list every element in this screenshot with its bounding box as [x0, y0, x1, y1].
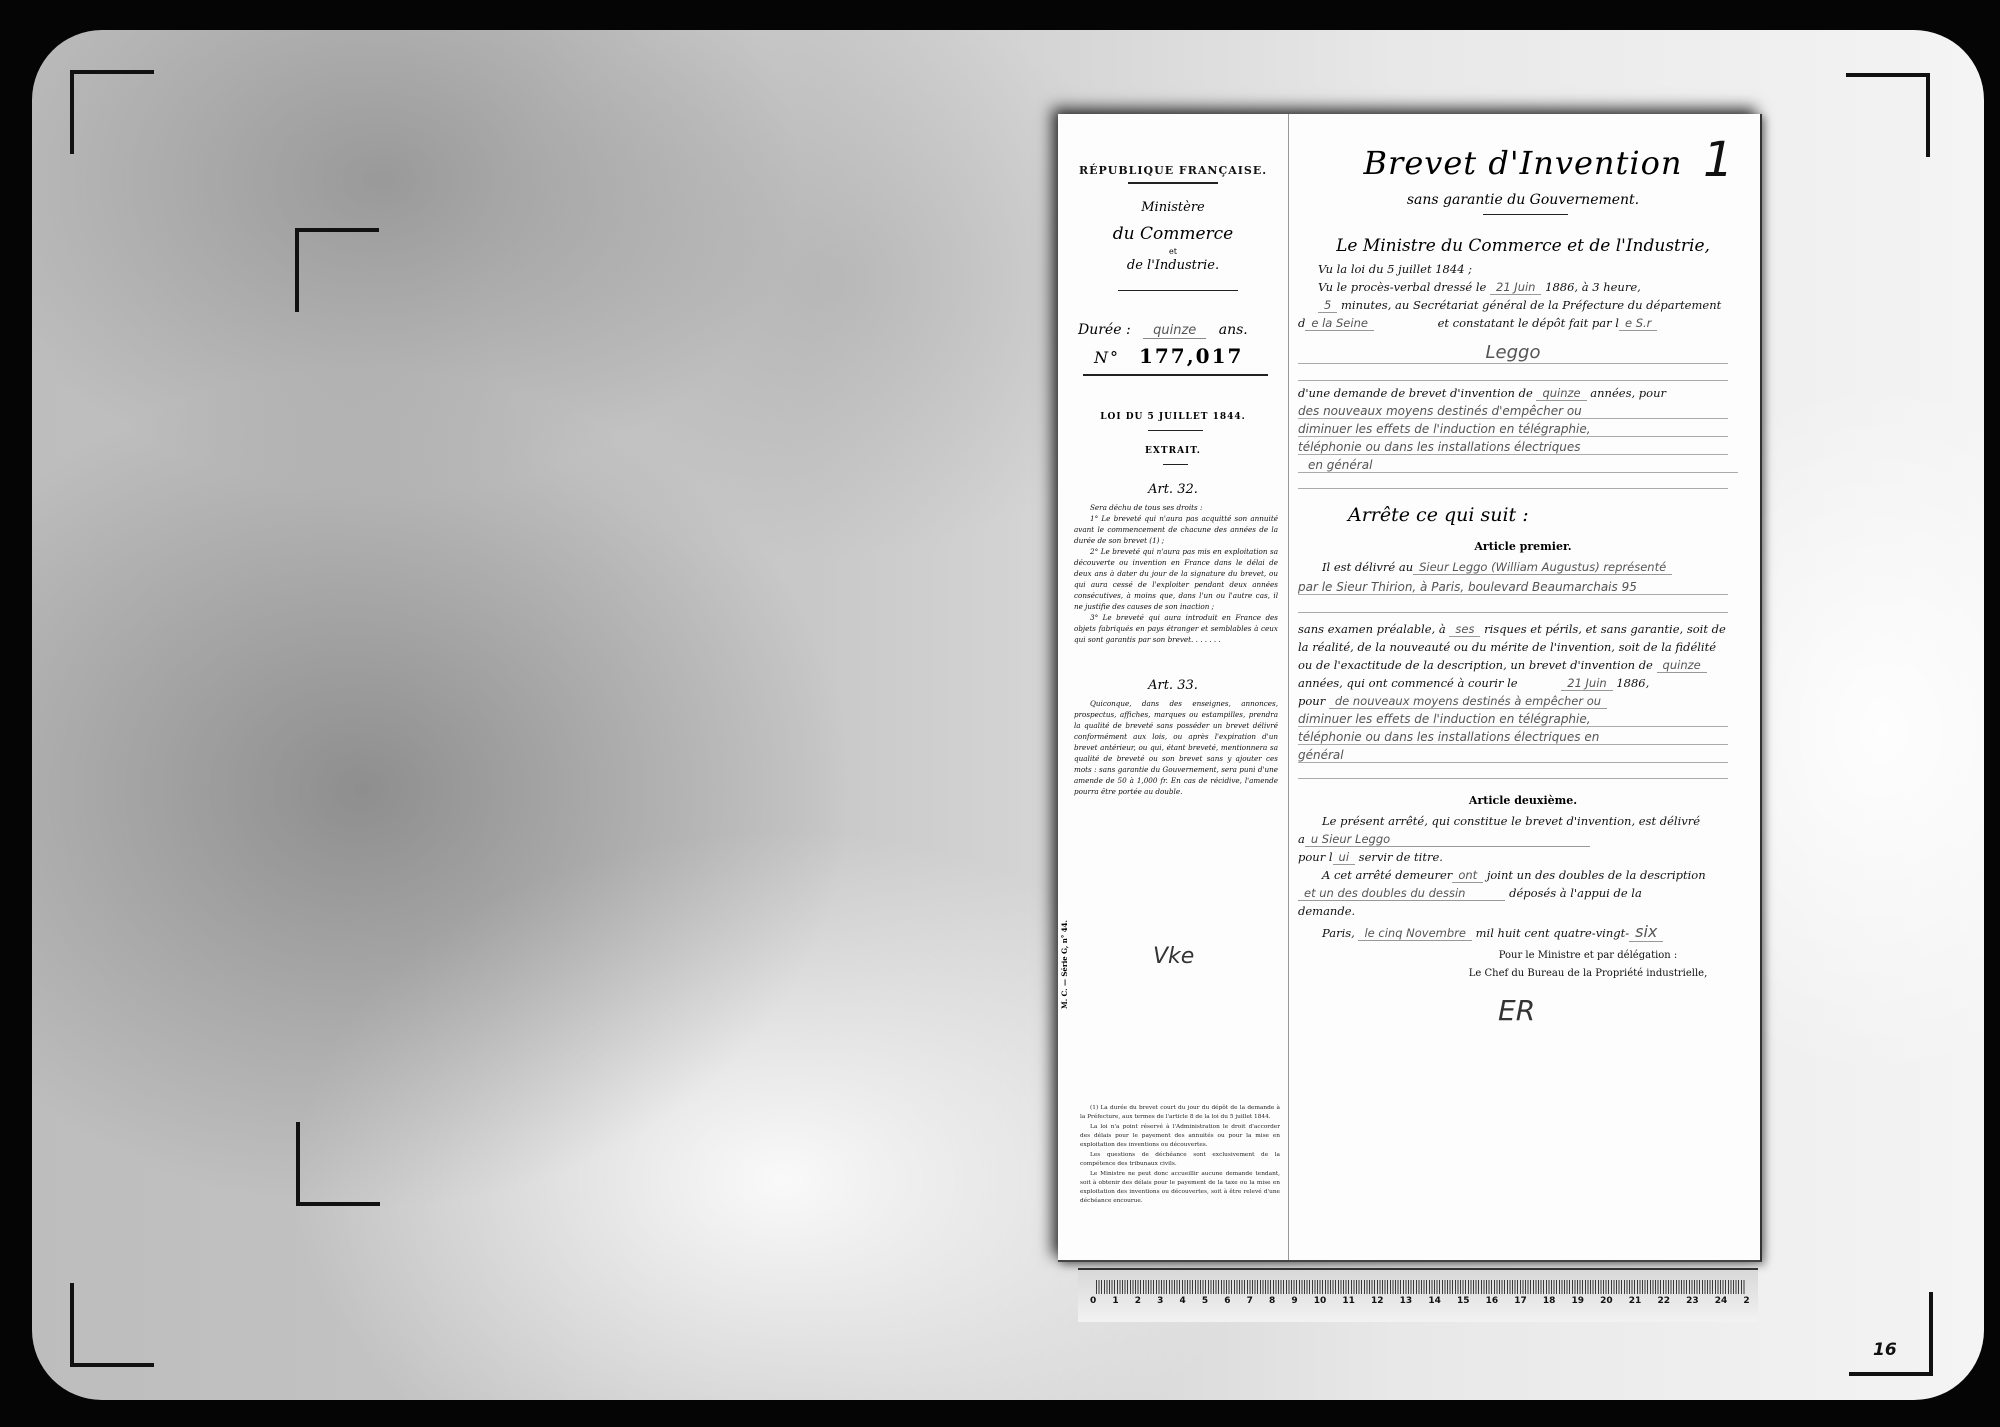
- footnote: Les questions de déchéance sont exclusiv…: [1080, 1151, 1280, 1169]
- object-line: téléphonie ou dans les installations éle…: [1298, 440, 1728, 455]
- object-line: des nouveaux moyens destinés d'empêcher …: [1298, 404, 1728, 419]
- handwritten-recipient: u Sieur Leggo: [1305, 832, 1590, 847]
- ruler-number: 14: [1428, 1296, 1441, 1306]
- text: risques et périls, et sans garantie, soi…: [1484, 622, 1726, 636]
- object-line: en général: [1298, 458, 1738, 473]
- ruler-number: 19: [1572, 1296, 1585, 1306]
- handwritten-object: de nouveaux moyens destinés à empêcher o…: [1329, 694, 1607, 709]
- document-title: Brevet d'Invention: [1298, 144, 1748, 182]
- footnote: La loi n'a point réservé à l'Administrat…: [1080, 1123, 1280, 1150]
- text: déposés à l'appui de la: [1509, 886, 1642, 900]
- departement-line: de la Seine et constatant le dépôt fait …: [1298, 316, 1728, 330]
- pour-ministre: Pour le Ministre et par délégation :: [1458, 950, 1718, 961]
- duree-value: quinze: [1143, 323, 1206, 339]
- patent-number: N° 177,017: [1094, 344, 1243, 368]
- handwritten: ui: [1333, 850, 1355, 865]
- chef-bureau: Le Chef du Bureau de la Propriété indust…: [1438, 968, 1738, 979]
- numero-label: N°: [1094, 348, 1120, 367]
- footnote: (1) La durée du brevet court du jour du …: [1080, 1104, 1280, 1122]
- text: d'une demande de brevet d'invention de: [1298, 386, 1533, 400]
- text: et constatant le dépôt fait par l: [1438, 316, 1619, 330]
- article-deuxieme-line: au Sieur Leggo: [1298, 832, 1728, 846]
- art32-line: Sera déchu de tous ses droits :: [1074, 502, 1278, 513]
- handwritten-departement: e la Seine: [1305, 316, 1374, 331]
- ruler-number: 16: [1486, 1296, 1499, 1306]
- handwritten-recipient: Sieur Leggo (William Augustus) représent…: [1413, 560, 1672, 575]
- ruler-number: 4: [1180, 1296, 1186, 1306]
- ruler-number: 20: [1600, 1296, 1613, 1306]
- paris-date-line: Paris, le cinq Novembre mil huit cent qu…: [1322, 922, 1752, 941]
- ministere-line-4: de l'Industrie.: [1058, 258, 1288, 273]
- handwritten-minutes: 5: [1318, 298, 1337, 313]
- art32-line: 2° Le breveté qui n'aura pas mis en expl…: [1074, 546, 1278, 612]
- ruler-number: 0: [1090, 1296, 1096, 1306]
- art33-title: Art. 33.: [1058, 678, 1288, 693]
- ruler-number: 9: [1291, 1296, 1297, 1306]
- article-premier-address: par le Sieur Thirion, à Paris, boulevard…: [1298, 580, 1728, 595]
- article-deuxieme-line: pour lui servir de titre.: [1298, 850, 1728, 864]
- ruler-number: 23: [1686, 1296, 1699, 1306]
- vu-proces-verbal: Vu le procès-verbal dressé le 21 Juin 18…: [1318, 280, 1748, 294]
- ruler-number: 2: [1135, 1296, 1141, 1306]
- ruler-number: 11: [1342, 1296, 1355, 1306]
- text: mil huit cent quatre-vingt-: [1476, 926, 1630, 940]
- object-line: diminuer les effets de l'induction en té…: [1298, 422, 1728, 437]
- extrait-heading: EXTRAIT.: [1058, 446, 1288, 456]
- divider: [1163, 464, 1188, 465]
- art32-title: Art. 32.: [1058, 482, 1288, 497]
- article-deuxieme-line: demande.: [1298, 904, 1728, 918]
- ruler-number: 5: [1202, 1296, 1208, 1306]
- article-deuxieme-title: Article deuxième.: [1298, 794, 1748, 807]
- year: 1886,: [1616, 676, 1649, 690]
- text: servir de titre.: [1359, 850, 1443, 864]
- ruler-number: 10: [1314, 1296, 1327, 1306]
- text: a: [1298, 832, 1305, 846]
- crop-mark-bottom-left: [70, 1283, 154, 1367]
- text: années, pour: [1590, 386, 1666, 400]
- minutes-line: 5 minutes, au Secrétariat général de la …: [1318, 298, 1748, 312]
- blank-line: [1298, 366, 1728, 381]
- ruler-ticks: [1096, 1280, 1746, 1294]
- article-premier-title: Article premier.: [1298, 540, 1748, 553]
- crop-mark-inner-bottom-left: [296, 1122, 380, 1206]
- text: Vu le procès-verbal dressé le: [1318, 280, 1486, 294]
- signature: ER: [1498, 994, 1535, 1027]
- article-premier-body: sans examen préalable, à ses risques et …: [1298, 622, 1728, 636]
- crop-mark-bottom-right: [1849, 1292, 1933, 1376]
- duree-label: Durée :: [1078, 322, 1131, 338]
- demande-line: d'une demande de brevet d'invention de q…: [1298, 386, 1728, 400]
- handwritten: et un des doubles du dessin: [1298, 886, 1505, 901]
- ruler-number: 12: [1371, 1296, 1384, 1306]
- ruler-number: 2: [1743, 1296, 1749, 1306]
- object-line: diminuer les effets de l'induction en té…: [1298, 712, 1728, 727]
- text: pour l: [1298, 850, 1333, 864]
- text: pour: [1298, 694, 1325, 708]
- main-column: Brevet d'Invention 1 sans garantie du Go…: [1298, 114, 1748, 1260]
- ministre-heading: Le Ministre du Commerce et de l'Industri…: [1298, 236, 1748, 256]
- handwritten-years: quinze: [1657, 658, 1707, 673]
- art32-line: 3° Le breveté qui aura introduit en Fran…: [1074, 612, 1278, 645]
- text: A cet arrêté demeurer: [1322, 868, 1452, 882]
- art32-text: Sera déchu de tous ses droits : 1° Le br…: [1074, 502, 1278, 645]
- left-column: RÉPUBLIQUE FRANÇAISE. Ministère du Comme…: [1058, 114, 1289, 1260]
- divider: [1148, 430, 1203, 431]
- divider: [1118, 290, 1238, 291]
- ruler-number: 1: [1112, 1296, 1118, 1306]
- divider: [1483, 214, 1568, 215]
- blank-line: [1298, 478, 1728, 489]
- numero-value: 177,017: [1139, 344, 1243, 368]
- footnote: Le Ministre ne peut donc accueillir aucu…: [1080, 1170, 1280, 1206]
- ruler-number: 6: [1224, 1296, 1230, 1306]
- article-premier-body: années, qui ont commencé à courir le 21 …: [1298, 676, 1728, 690]
- footnotes: (1) La durée du brevet court du jour du …: [1080, 1104, 1280, 1207]
- ruler-number: 17: [1514, 1296, 1527, 1306]
- ministere-line-1: Ministère: [1058, 200, 1288, 215]
- ruler-number: 22: [1657, 1296, 1670, 1306]
- object-line: général: [1298, 748, 1728, 763]
- handwritten-date: le cinq Novembre: [1358, 926, 1472, 941]
- duree-field: Durée : quinze ans.: [1078, 322, 1278, 338]
- ruler-number: 8: [1269, 1296, 1275, 1306]
- handwritten: ont: [1452, 868, 1483, 883]
- text: années, qui ont commencé à courir le: [1298, 676, 1518, 690]
- blank-line: [1298, 600, 1728, 613]
- handwritten: e S.r: [1619, 316, 1657, 331]
- ministere-line-2: du Commerce: [1058, 224, 1288, 244]
- document-subtitle: sans garantie du Gouvernement.: [1298, 192, 1748, 208]
- art32-line: 1° Le breveté qui n'aura pas acquitté so…: [1074, 513, 1278, 546]
- text: Il est délivré au: [1322, 560, 1413, 574]
- ruler-number: 13: [1400, 1296, 1413, 1306]
- ruler-number: 24: [1715, 1296, 1728, 1306]
- article-premier-line: Il est délivré auSieur Leggo (William Au…: [1322, 560, 1752, 574]
- republique-heading: RÉPUBLIQUE FRANÇAISE.: [1058, 164, 1288, 177]
- vu-loi: Vu la loi du 5 juillet 1844 ;: [1318, 262, 1748, 276]
- article-deuxieme-line: et un des doubles du dessin déposés à l'…: [1298, 886, 1728, 900]
- handwritten-date: 21 Juin: [1490, 280, 1541, 295]
- crop-mark-inner-top-left: [295, 228, 379, 312]
- handwritten-year: six: [1629, 922, 1663, 942]
- year: 1886: [1545, 280, 1574, 294]
- text: joint un des doubles de la description: [1487, 868, 1706, 882]
- divider: [1083, 374, 1268, 376]
- handwritten-years: quinze: [1536, 386, 1586, 401]
- article-deuxieme-line: Le présent arrêté, qui constitue le brev…: [1322, 814, 1752, 828]
- blank-line: [1298, 768, 1728, 779]
- ruler-numbers: 0 1 2 3 4 5 6 7 8 9 10 11 12 13 14 15 16…: [1090, 1296, 1750, 1306]
- text: ou de l'exactitude de la description, un…: [1298, 658, 1653, 672]
- article-premier-pour: pour de nouveaux moyens destinés à empêc…: [1298, 694, 1728, 708]
- page-number: 16: [1873, 1340, 1897, 1360]
- serie-label: M. C. — Série G, n° 44.: [1060, 920, 1069, 1009]
- loi-heading: LOI DU 5 JUILLET 1844.: [1058, 412, 1288, 422]
- article-deuxieme-line: A cet arrêté demeureront joint un des do…: [1322, 868, 1752, 882]
- object-line: téléphonie ou dans les installations éle…: [1298, 730, 1728, 745]
- crop-mark-top-left: [70, 70, 154, 154]
- handwritten: ses: [1449, 622, 1480, 637]
- art33-paragraph: Quiconque, dans des enseignes, annonces,…: [1074, 698, 1278, 797]
- text: minutes, au Secrétariat général de la Pr…: [1341, 298, 1721, 312]
- ruler-number: 7: [1247, 1296, 1253, 1306]
- text: Paris,: [1322, 926, 1355, 940]
- ruler-number: 3: [1157, 1296, 1163, 1306]
- initials-mark: Vke: [1153, 944, 1194, 969]
- ruler-number: 15: [1457, 1296, 1470, 1306]
- number-mark: 1: [1703, 132, 1734, 188]
- article-premier-body: ou de l'exactitude de la description, un…: [1298, 658, 1728, 672]
- art33-text: Quiconque, dans des enseignes, annonces,…: [1074, 698, 1278, 797]
- arrete-heading: Arrête ce qui suit :: [1348, 504, 1798, 526]
- scale-ruler: 0 1 2 3 4 5 6 7 8 9 10 11 12 13 14 15 16…: [1078, 1268, 1758, 1322]
- ruler-number: 21: [1629, 1296, 1642, 1306]
- handwritten-date: 21 Juin: [1561, 676, 1612, 691]
- ruler-number: 18: [1543, 1296, 1556, 1306]
- text: sans examen préalable, à: [1298, 622, 1446, 636]
- divider: [1128, 182, 1218, 184]
- applicant-name: Leggo: [1298, 342, 1728, 364]
- ministere-line-3: et: [1058, 247, 1288, 256]
- crop-mark-top-right: [1846, 73, 1930, 157]
- patent-document: RÉPUBLIQUE FRANÇAISE. Ministère du Comme…: [1058, 114, 1762, 1262]
- duree-unit: ans.: [1219, 322, 1248, 338]
- article-premier-body: la réalité, de la nouveauté ou du mérite…: [1298, 640, 1728, 654]
- text: , à 3 heure,: [1574, 280, 1640, 294]
